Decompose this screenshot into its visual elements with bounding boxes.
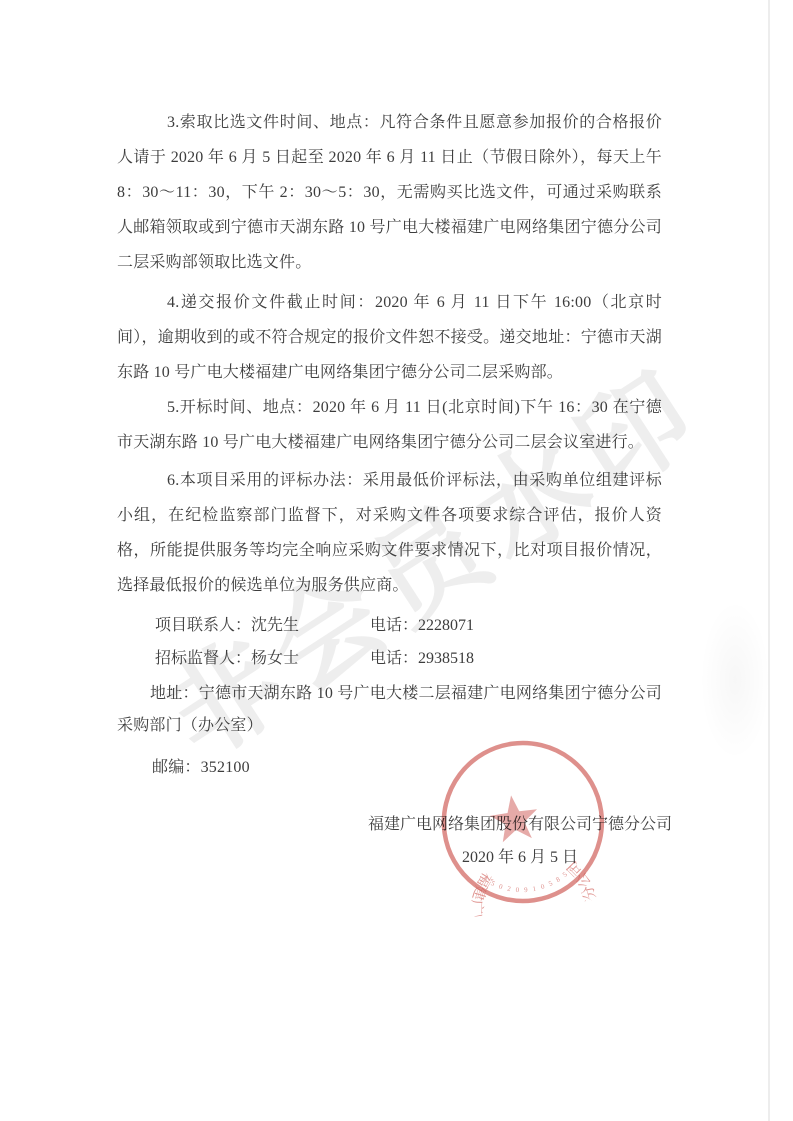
document-page: 非会员水印 3.索取比选文件时间、地点：凡符合条件且愿意参加报价的合格报价人请于…: [0, 0, 793, 1121]
scan-artifact-line: [768, 0, 770, 1121]
bid-supervisor-label: 招标监督人：杨女士: [155, 641, 370, 676]
bid-supervisor-phone: 电话：2938518: [370, 650, 474, 667]
paragraph-3-obtain-documents: 3.索取比选文件时间、地点：凡符合条件且愿意参加报价的合格报价人请于 2020 …: [117, 105, 662, 280]
contact-row-project: 项目联系人：沈先生电话：2228071: [117, 608, 662, 643]
seal-star-icon: [487, 792, 540, 843]
scan-artifact-smudge: [700, 600, 770, 760]
paragraph-4-submission-deadline: 4.递交报价文件截止时间：2020 年 6 月 11 日下午 16:00（北京时…: [117, 285, 662, 390]
paragraph-6-evaluation-method: 6.本项目采用的评标办法：采用最低价评标法，由采购单位组建评标小组，在纪检监察部…: [117, 463, 662, 603]
official-red-seal: 福建广电网络集团股份有限公司宁德分公司 350209105853: [426, 726, 620, 920]
paragraph-5-bid-opening: 5.开标时间、地点：2020 年 6 月 11 日(北京时间)下午 16：30 …: [117, 390, 662, 460]
project-contact-label: 项目联系人：沈先生: [155, 608, 370, 643]
project-contact-phone: 电话：2228071: [370, 617, 474, 634]
contact-row-supervisor: 招标监督人：杨女士电话：2938518: [117, 641, 662, 676]
